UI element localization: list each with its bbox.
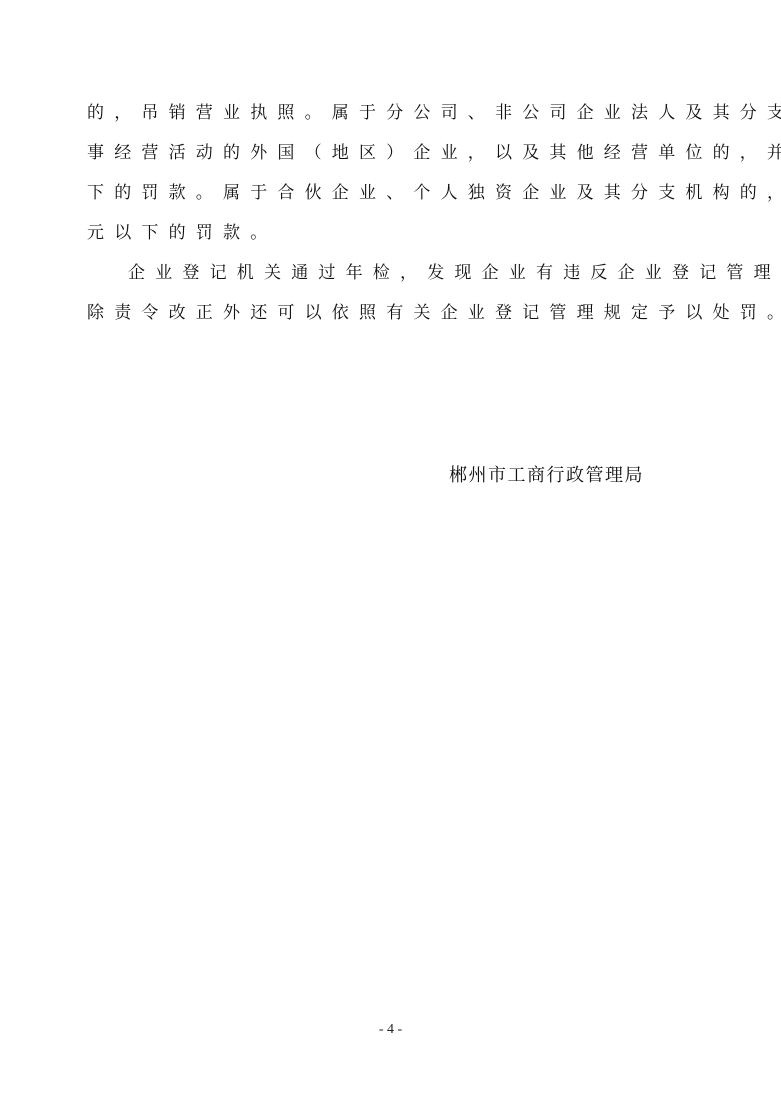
text-line: 除责令改正外还可以依照有关企业登记管理规定予以处罚。 xyxy=(87,298,699,338)
text-line: 的，吊销营业执照。属于分公司、非公司企业法人及其分支机构、来华从 xyxy=(87,98,699,138)
paragraph-annual-inspection: 企业登记机关通过年检，发现企业有违反企业登记管理规定行为的， 除责令改正外还可以… xyxy=(87,258,699,338)
text-line: 元以下的罚款。 xyxy=(87,218,699,258)
paragraph-penalties: 的，吊销营业执照。属于分公司、非公司企业法人及其分支机构、来华从 事经营活动的外… xyxy=(87,98,699,258)
issuing-authority-signature: 郴州市工商行政管理局 xyxy=(449,461,644,487)
text-line: 下的罚款。属于合伙企业、个人独资企业及其分支机构的，并处以 3000 xyxy=(87,178,699,218)
text-line: 事经营活动的外国（地区）企业，以及其他经营单位的，并处以 3 万元以 xyxy=(87,138,699,178)
text-line: 企业登记机关通过年检，发现企业有违反企业登记管理规定行为的， xyxy=(87,258,699,298)
document-page: 的，吊销营业执照。属于分公司、非公司企业法人及其分支机构、来华从 事经营活动的外… xyxy=(0,0,781,1100)
body-text: 的，吊销营业执照。属于分公司、非公司企业法人及其分支机构、来华从 事经营活动的外… xyxy=(87,98,699,338)
page-number: - 4 - xyxy=(0,1022,781,1038)
